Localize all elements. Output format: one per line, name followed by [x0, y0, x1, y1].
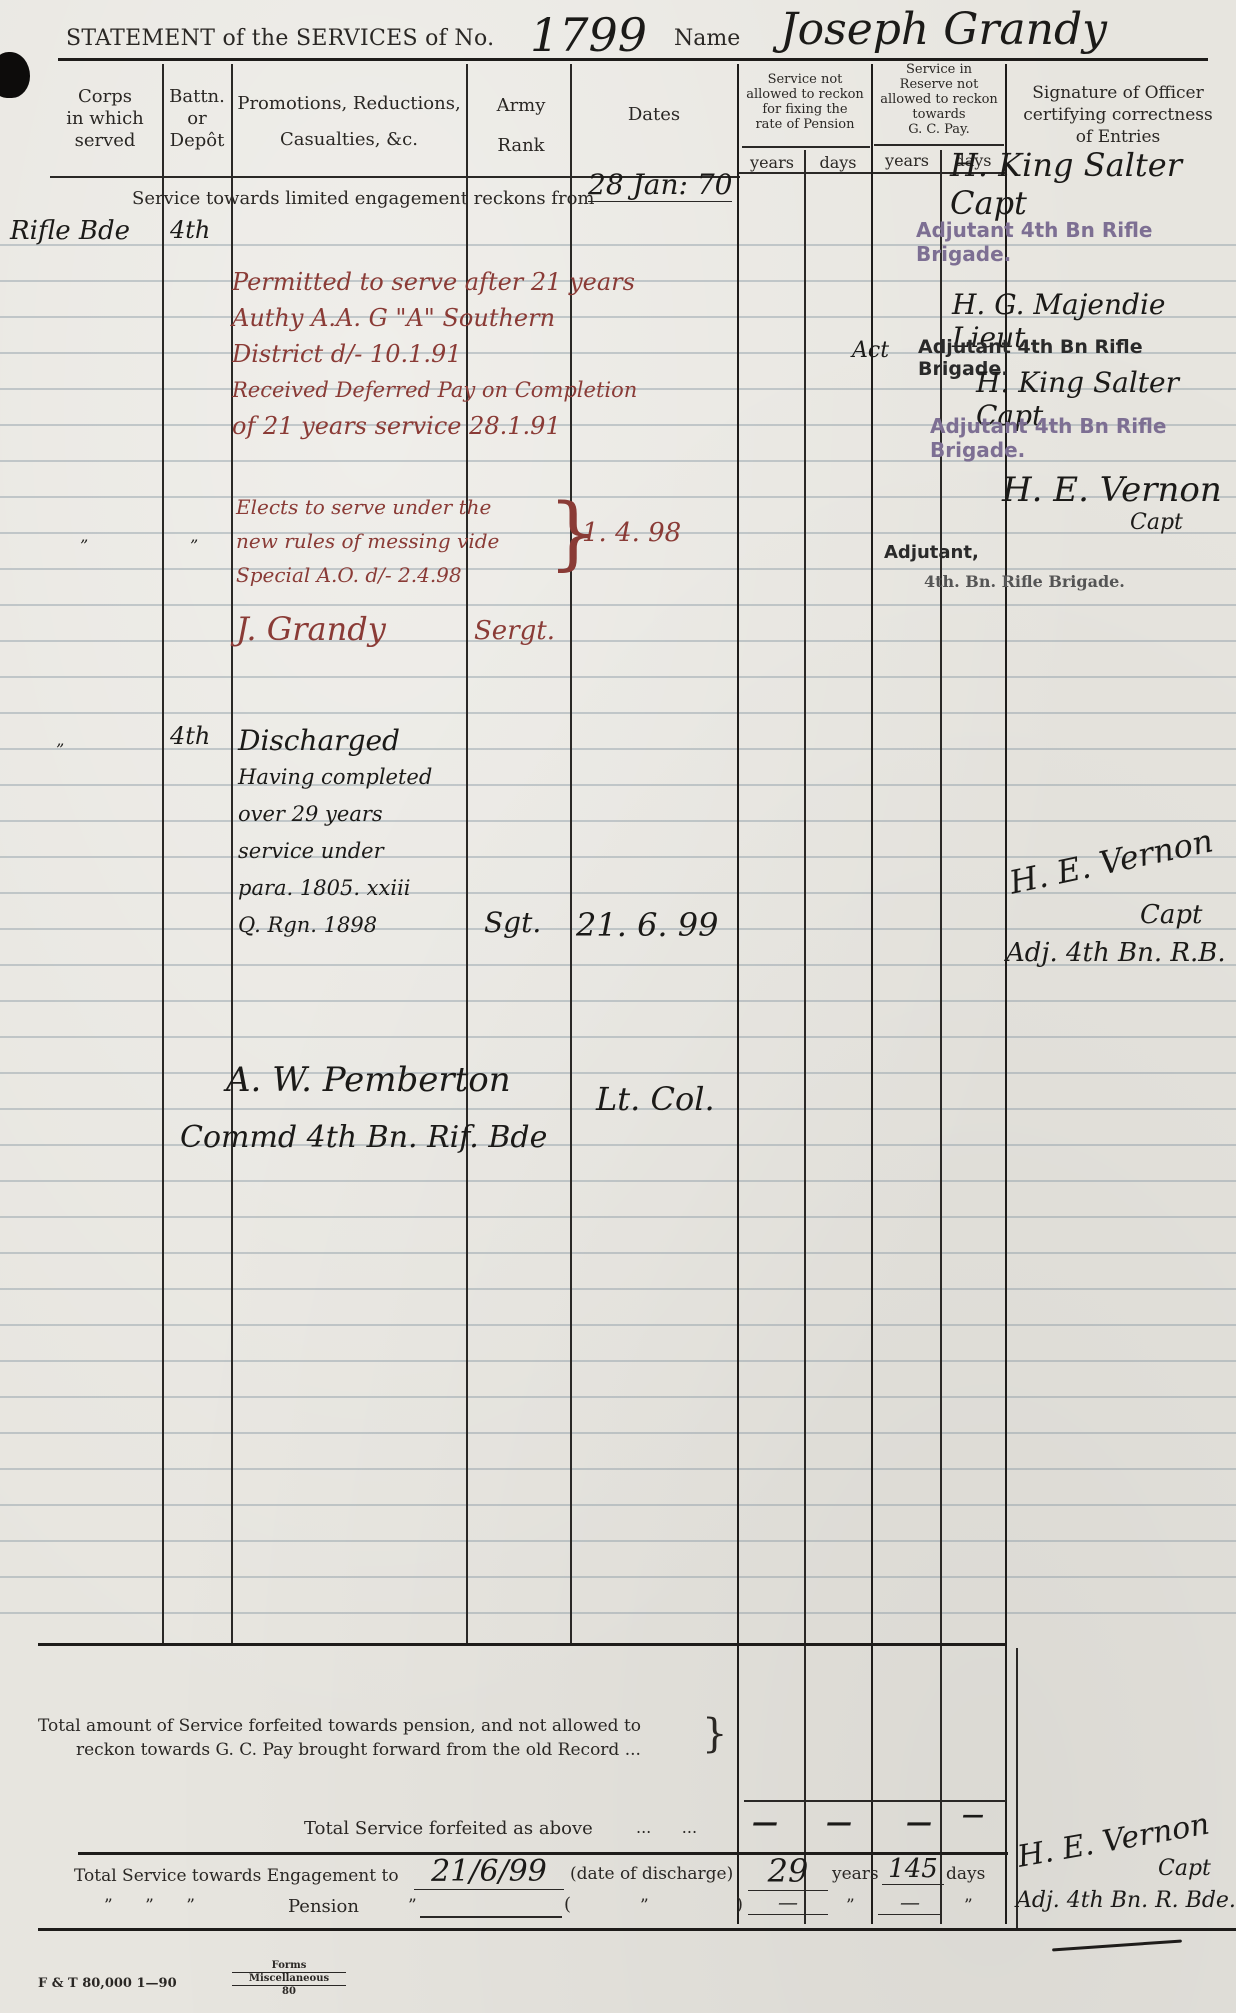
total-days-value: 145: [882, 1854, 944, 1885]
engagement-date: 21/6/99: [414, 1854, 564, 1890]
commander-signature: A. W. Pemberton: [226, 1060, 511, 1100]
header-signature: Signature of Officer certifying correctn…: [1008, 82, 1228, 148]
header-pension: Service not allowed to reckon for fixing…: [738, 72, 872, 132]
forfeited-gc-years: —: [906, 1808, 932, 1838]
soldier-name: Joseph Grandy: [780, 4, 1107, 55]
pension-paren-open: (: [564, 1894, 571, 1915]
totals-signature-unit: Adj. 4th Bn. R. Bde.: [1016, 1888, 1236, 1913]
pension-paren-close: ): [736, 1894, 743, 1915]
totals-top-rule: [38, 1643, 1006, 1646]
punch-hole: [0, 52, 30, 98]
commander-title: Commd 4th Bn. Rif. Bde: [180, 1120, 547, 1155]
header-dates: Dates: [571, 104, 737, 126]
totals-signature-rank: Capt: [1158, 1856, 1211, 1881]
entry-1-remarks: Permitted to serve after 21 years Authy …: [232, 264, 637, 444]
pension-subrule: [742, 146, 870, 148]
forfeited-pension-years: —: [752, 1808, 778, 1838]
total-days-label: days: [946, 1864, 985, 1884]
cert-4-rank: Capt: [1130, 510, 1183, 535]
entry-1-battn: 4th: [170, 216, 210, 244]
entry-2-signature: J. Grandy: [236, 610, 386, 648]
engagement-bottom-rule: [38, 1928, 1236, 1931]
cert-4-stamp-line1: Adjutant,: [884, 542, 979, 563]
entry-3-corps-ditto: ”: [56, 740, 64, 759]
pension-days-value: —: [878, 1890, 942, 1915]
pension-date-blank: [420, 1916, 562, 1918]
pension-years-value: —: [748, 1890, 828, 1915]
header-battn: Battn. or Depôt: [163, 86, 231, 152]
limited-engagement-label: Service towards limited engagement recko…: [132, 188, 594, 209]
forfeited-gc-days: —: [962, 1802, 984, 1828]
entry-2-corps-ditto: ”: [80, 536, 88, 555]
pension-years-ditto: ”: [846, 1896, 855, 1916]
forfeited-label-line2: reckon towards G. C. Pay brought forward…: [76, 1740, 641, 1760]
entry-1-corps: Rifle Bde: [10, 216, 130, 246]
col-line-corps: [162, 64, 164, 1644]
entry-2-rank: Sergt.: [474, 616, 555, 646]
header-gc-pay: Service in Reserve not allowed to reckon…: [872, 62, 1006, 137]
pension-ditto-marks: ” ” ”: [104, 1896, 195, 1916]
total-years-value: 29: [748, 1852, 828, 1891]
limited-engagement-date: 28 Jan: 70: [588, 168, 732, 202]
header-pension-days: days: [806, 152, 870, 174]
entry-2-date: 1. 4. 98: [582, 518, 681, 548]
form-series: Forms Miscellaneous 80: [232, 1960, 346, 1998]
forfeited-label-line1: Total amount of Service forfeited toward…: [38, 1716, 641, 1736]
commander-rank: Lt. Col.: [596, 1080, 715, 1118]
service-number: 1799: [530, 8, 647, 62]
entry-2-battn-ditto: ”: [190, 536, 198, 555]
entry-3-remarks: Discharged Having completed over 29 year…: [238, 722, 432, 944]
entry-3-rank: Sgt.: [484, 906, 541, 939]
forfeited-pension-days: —: [826, 1808, 852, 1838]
entry-3-battn: 4th: [170, 722, 210, 750]
date-of-discharge-label: (date of discharge): [570, 1864, 733, 1884]
header-rank: Army Rank: [471, 86, 571, 166]
header-gc-years: years: [874, 150, 940, 172]
document-title: STATEMENT of the SERVICES of No.: [66, 26, 494, 51]
cert-4-signature: H. E. Vernon: [1002, 470, 1222, 510]
signature-flourish: [1052, 1939, 1182, 1951]
cert-5-unit: Adj. 4th Bn. R.B.: [1006, 938, 1226, 968]
cert-5-rank: Capt: [1140, 900, 1203, 930]
header-promotions: Promotions, Reductions, Casualties, &c.: [232, 86, 466, 158]
forfeited-dots: ... ...: [636, 1818, 697, 1837]
entry-2-remarks: Elects to serve under the new rules of m…: [236, 490, 499, 592]
cert-3-stamp: Adjutant 4th Bn Rifle Brigade.: [930, 414, 1236, 462]
total-years-label: years: [832, 1864, 879, 1884]
engagement-label: Total Service towards Engagement to: [74, 1866, 399, 1886]
forfeited-above-label: Total Service forfeited as above: [304, 1818, 593, 1839]
cert-1-stamp: Adjutant 4th Bn Rifle Brigade.: [916, 218, 1236, 266]
header-corps: Corps in which served: [50, 86, 160, 152]
forfeited-brace: }: [702, 1710, 727, 1758]
cert-1-signature: H. King Salter Capt: [950, 146, 1236, 222]
cert-2-prefix: Act: [852, 338, 889, 363]
totals-bracket: [1016, 1648, 1018, 1928]
form-code: F & T 80,000 1—90: [38, 1976, 177, 1991]
title-rule: [58, 58, 1208, 61]
service-record-page: STATEMENT of the SERVICES of No. 1799 Na…: [0, 0, 1236, 2013]
col-line-pension-years: [804, 150, 806, 1924]
entry-3-date: 21. 6. 99: [576, 906, 718, 944]
pension-days-ditto: ”: [964, 1896, 973, 1916]
cert-4-stamp-line2: 4th. Bn. Rifle Brigade.: [924, 572, 1125, 591]
name-label: Name: [674, 26, 740, 51]
pension-ditto-2: ”: [408, 1896, 417, 1916]
pension-paren-ditto: ”: [640, 1896, 649, 1916]
header-pension-years: years: [740, 152, 804, 174]
pension-label: Pension: [288, 1896, 359, 1917]
